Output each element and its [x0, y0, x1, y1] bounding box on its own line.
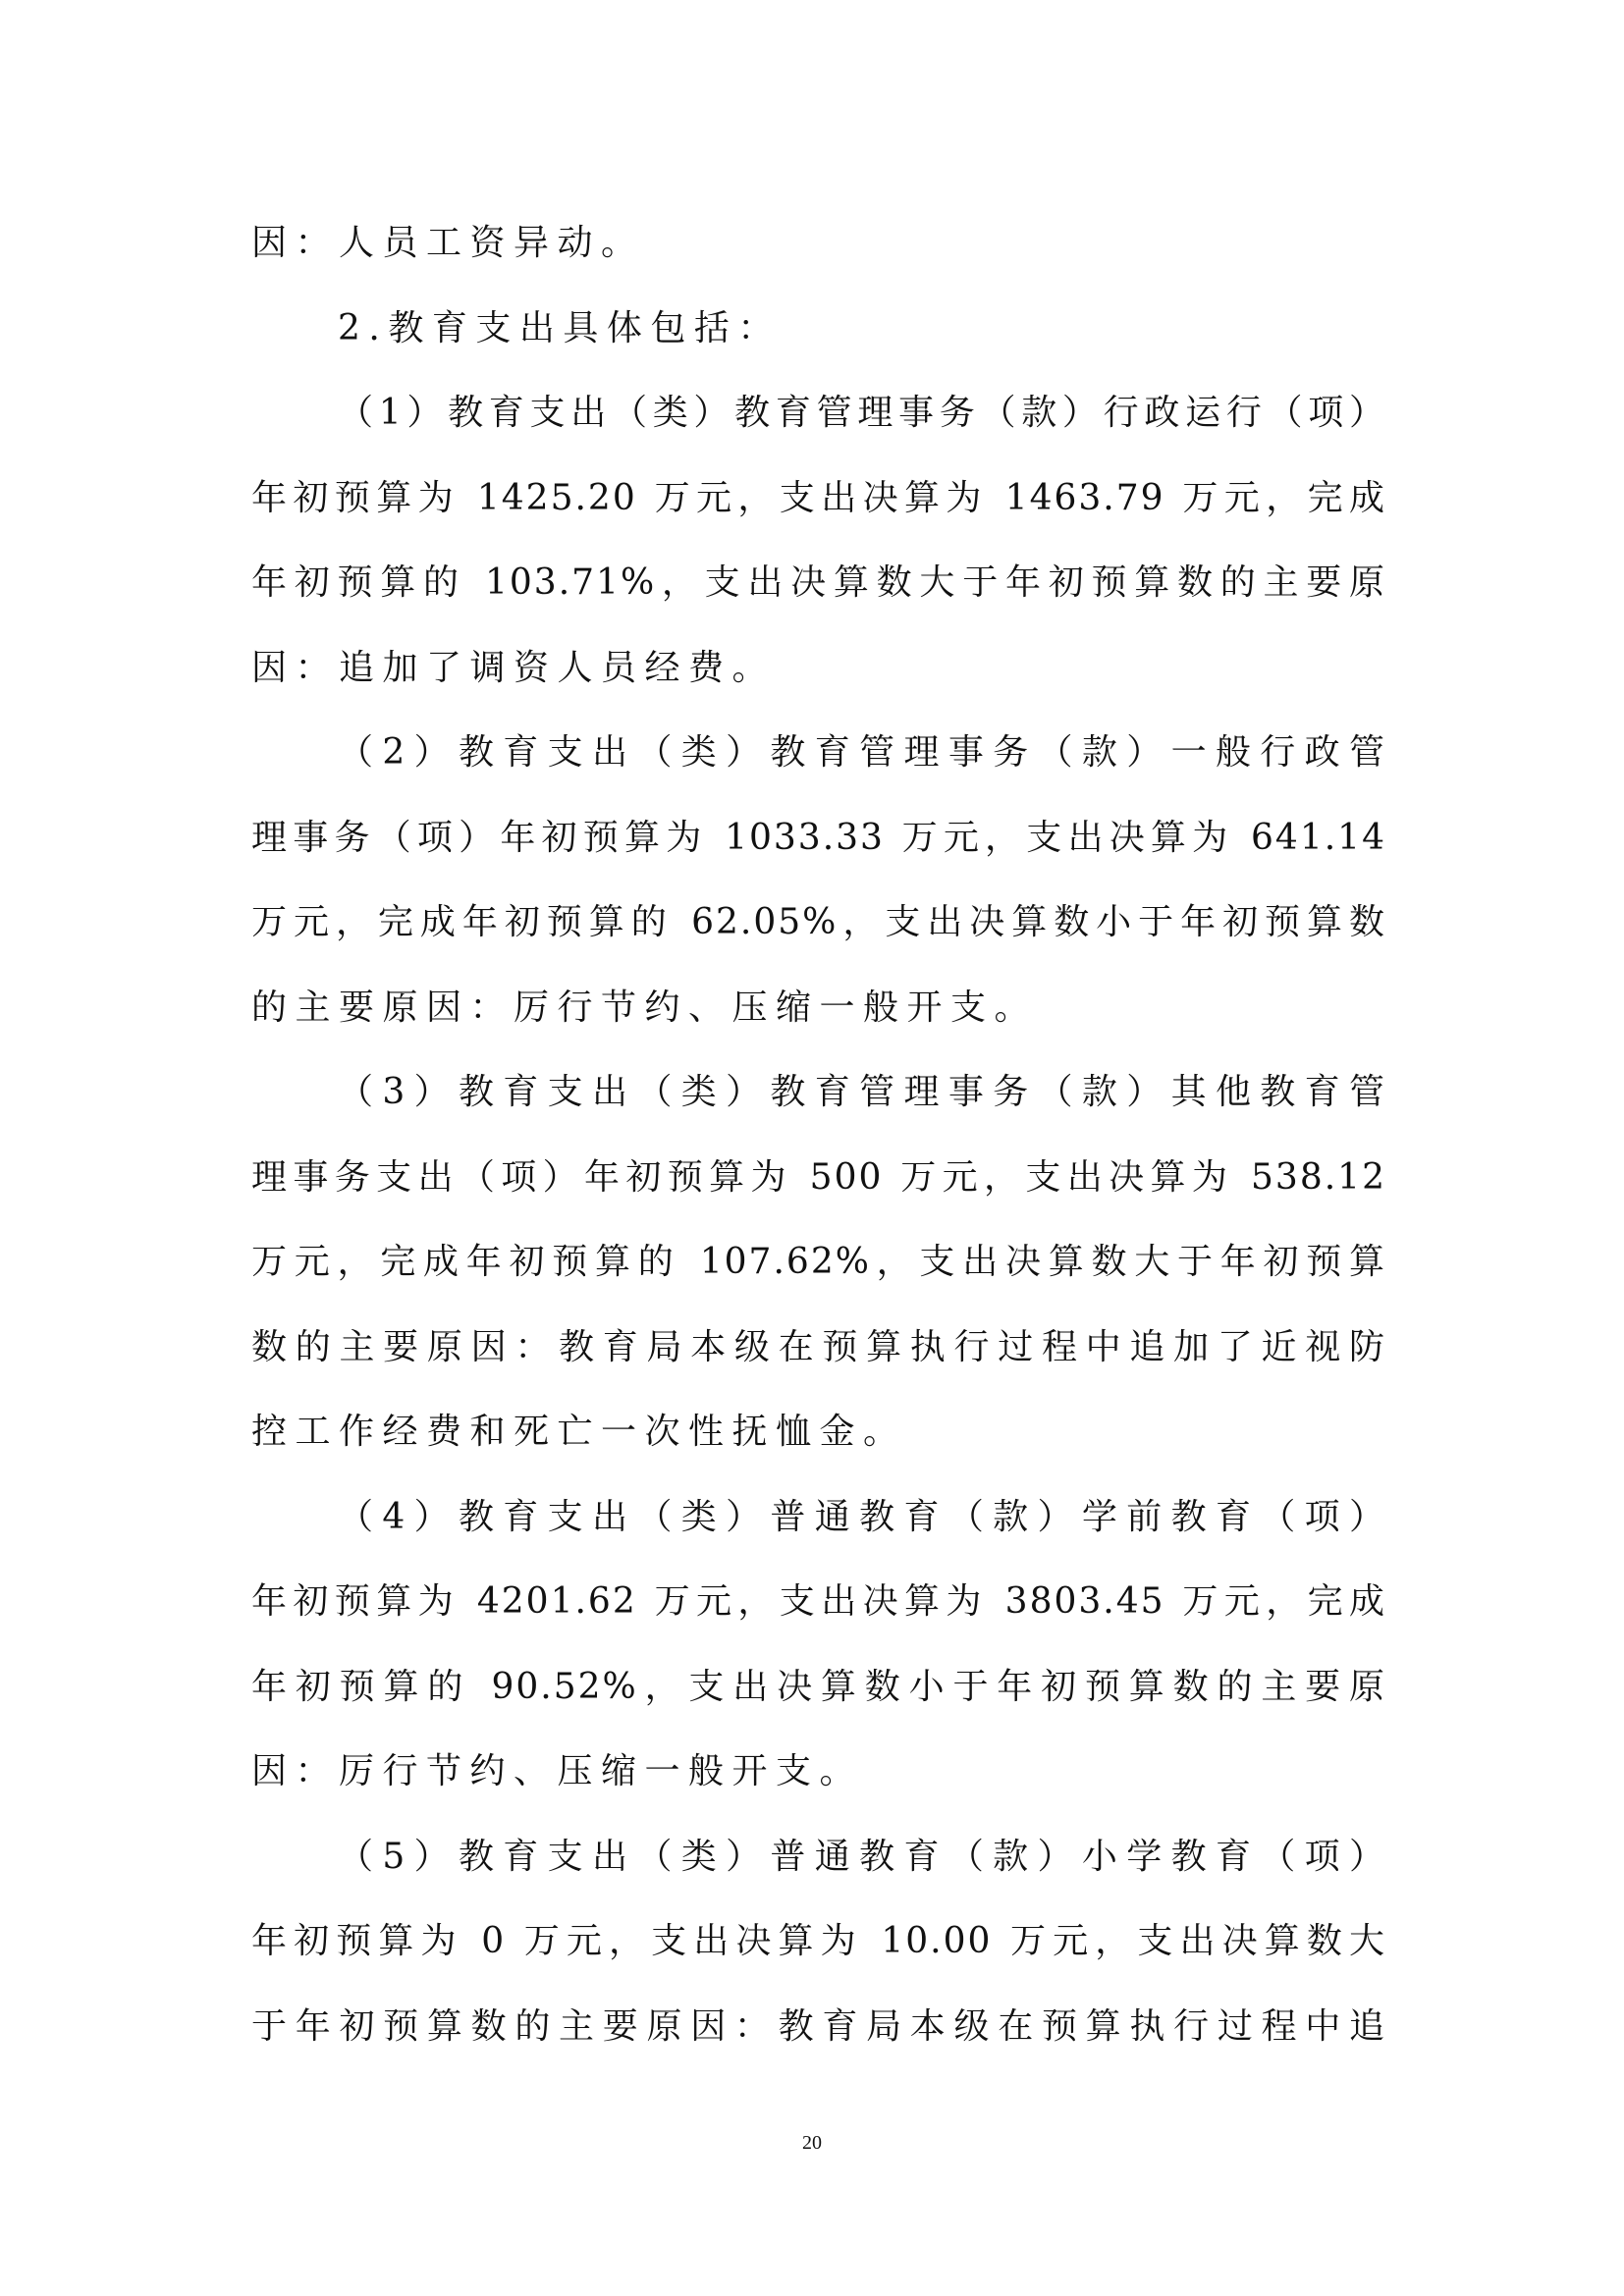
item-1-line-3: 年初预算的 103.71%，支出决算数大于年初预算数的主要原 [251, 541, 1386, 626]
item-5-line-1: （5）教育支出（类）普通教育（款）小学教育（项） [251, 1815, 1386, 1900]
body-text: 因：人员工资异动。 2.教育支出具体包括： （1）教育支出（类）教育管理事务（款… [251, 201, 1386, 2069]
item-1-line-2: 年初预算为 1425.20 万元，支出决算为 1463.79 万元，完成 [251, 456, 1386, 542]
item-1-line-1: （1）教育支出（类）教育管理事务（款）行政运行（项） [251, 371, 1386, 456]
item-3-line-2: 理事务支出（项）年初预算为 500 万元，支出决算为 538.12 [251, 1136, 1386, 1221]
section-heading: 2.教育支出具体包括： [251, 287, 1386, 372]
document-page: 因：人员工资异动。 2.教育支出具体包括： （1）教育支出（类）教育管理事务（款… [0, 0, 1624, 2296]
page-number: 20 [0, 2132, 1624, 2155]
item-3-line-4: 数的主要原因：教育局本级在预算执行过程中追加了近视防 [251, 1306, 1386, 1391]
item-3-line-3: 万元，完成年初预算的 107.62%，支出决算数大于年初预算 [251, 1220, 1386, 1306]
item-3-line-1: （3）教育支出（类）教育管理事务（款）其他教育管 [251, 1050, 1386, 1136]
item-2-line-2: 理事务（项）年初预算为 1033.33 万元，支出决算为 641.14 [251, 796, 1386, 881]
text-line: 因：人员工资异动。 [251, 201, 1386, 287]
item-2-line-1: （2）教育支出（类）教育管理事务（款）一般行政管 [251, 711, 1386, 796]
item-1-line-4: 因：追加了调资人员经费。 [251, 626, 1386, 712]
item-5-line-2: 年初预算为 0 万元，支出决算为 10.00 万元，支出决算数大 [251, 1899, 1386, 1985]
item-4-line-1: （4）教育支出（类）普通教育（款）学前教育（项） [251, 1475, 1386, 1561]
item-2-line-4: 的主要原因：厉行节约、压缩一般开支。 [251, 966, 1386, 1051]
item-4-line-3: 年初预算的 90.52%，支出决算数小于年初预算数的主要原 [251, 1645, 1386, 1731]
item-3-line-5: 控工作经费和死亡一次性抚恤金。 [251, 1390, 1386, 1475]
item-2-line-3: 万元，完成年初预算的 62.05%，支出决算数小于年初预算数 [251, 881, 1386, 966]
item-5-line-3: 于年初预算数的主要原因：教育局本级在预算执行过程中追 [251, 1985, 1386, 2070]
item-4-line-2: 年初预算为 4201.62 万元，支出决算为 3803.45 万元，完成 [251, 1560, 1386, 1645]
item-4-line-4: 因：厉行节约、压缩一般开支。 [251, 1730, 1386, 1815]
